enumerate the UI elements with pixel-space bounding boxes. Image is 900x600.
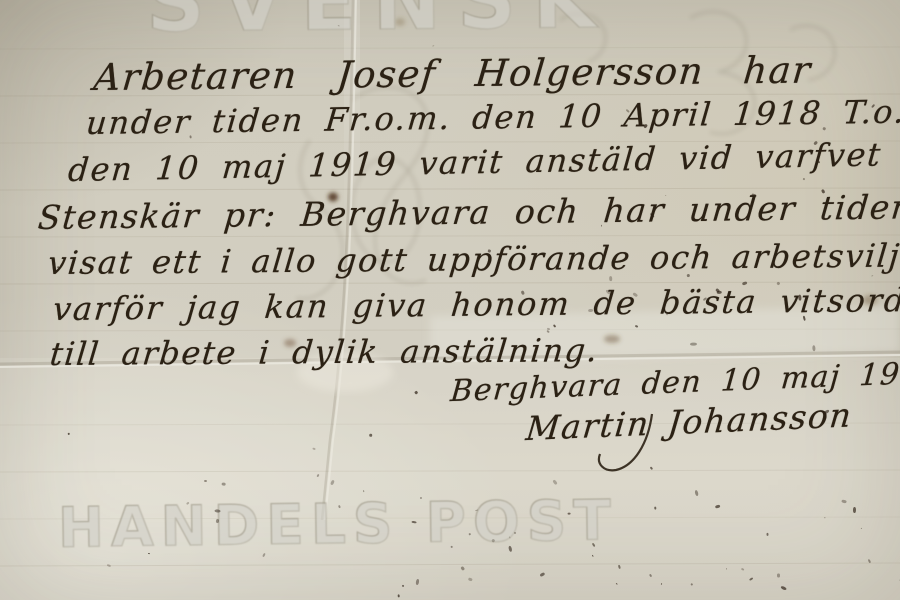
ink-speck [398,594,400,597]
ink-speck [312,447,316,450]
ink-speck [690,583,693,586]
ink-speck [749,577,754,581]
ink-speck [552,479,557,484]
handwritten-line-3: den 10 maj 1919 varit anstäld vid varfve… [67,135,900,190]
ink-speck [617,565,620,569]
ink-speck [592,554,594,556]
watermark-svensk: SVENSK [146,0,613,51]
ink-speck [811,345,815,352]
ink-speck [547,328,551,331]
ink-speck [823,517,825,519]
ink-speck [690,342,697,346]
ink-speck [468,577,473,581]
ink-speck [650,467,653,470]
ink-speck [636,325,639,328]
ink-speck [221,482,226,485]
handwritten-line-4: Stenskär pr: Berghvara och har under tid… [36,187,900,237]
watermark-handels-post: HANDELS POST [58,488,619,560]
ink-speck [694,490,698,497]
ink-speck [741,568,744,571]
ink-speck [330,480,335,486]
ink-speck [715,505,721,509]
ink-speck [777,573,780,577]
handwritten-line-2: under tiden Fr.o.m. den 10 April 1918 T.… [85,92,900,142]
ink-speck [780,585,787,590]
ink-speck [107,564,111,567]
ink-speck [766,533,768,536]
ink-speck [615,583,617,585]
ink-speck [649,573,652,576]
handwritten-line-1: Arbetaren Josef Holgersson har [92,48,814,99]
ink-speck [661,583,663,585]
ink-speck [867,558,871,563]
ink-speck [654,507,656,510]
ink-speck [853,507,856,513]
ink-speck [203,480,206,482]
ink-speck [539,572,545,577]
ink-speck [317,473,320,476]
handwritten-line-6: varför jag kan giva honom de bästa vitso… [51,281,900,328]
ink-speck [416,579,420,585]
ink-speck [842,499,847,503]
ink-speck [861,528,862,529]
ink-speck [402,584,405,587]
ink-speck [460,566,465,571]
ink-speck [726,568,727,570]
ink-speck [803,178,805,180]
ink-speck [369,434,372,437]
ink-speck [414,391,417,394]
letter-photograph: SVENSK HANDELS POST Arbetaren Josef Holg… [0,0,900,600]
ink-speck [553,325,557,329]
ink-speck [67,433,69,435]
handwritten-line-7: till arbete i dylik anstälning. [48,331,600,373]
handwritten-line-5: visat ett i allo gott uppförande och arb… [46,236,900,282]
